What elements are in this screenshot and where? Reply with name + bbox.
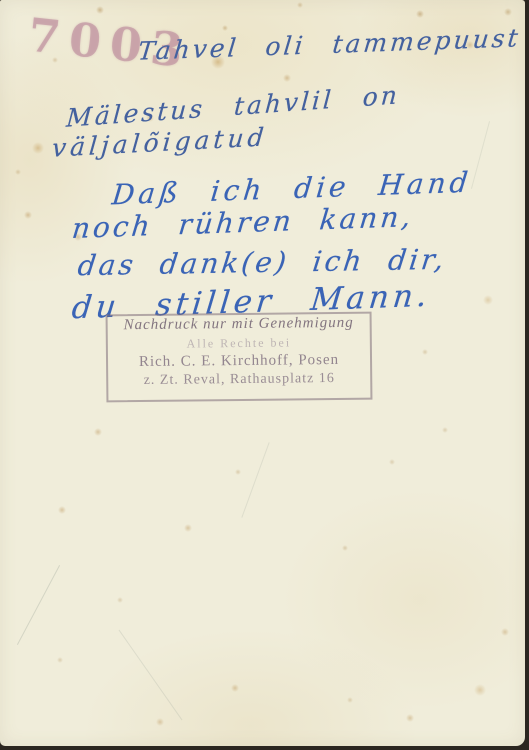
stamp-line: Nachdruck nur mit Genehmigung	[108, 315, 370, 335]
stamp-line: Alle Rechte bei	[108, 335, 370, 353]
crease-mark	[17, 565, 60, 645]
copyright-stamp: Nachdruck nur mit Genehmigung Alle Recht…	[106, 312, 373, 403]
crease-mark	[241, 442, 269, 518]
handwriting-line: das dank(e) ich dir,	[76, 243, 448, 283]
stamp-line: Rich. C. E. Kirchhoff, Posen	[108, 352, 370, 372]
crease-mark	[471, 121, 490, 189]
photo-back-paper: 7003 Tahvel oli tammepuust Mälestus tahv…	[0, 0, 525, 746]
handwriting-line: Tahvel oli tammepuust	[137, 23, 523, 65]
stamp-line: z. Zt. Reval, Rathausplatz 16	[108, 371, 370, 390]
crease-mark	[119, 630, 183, 721]
